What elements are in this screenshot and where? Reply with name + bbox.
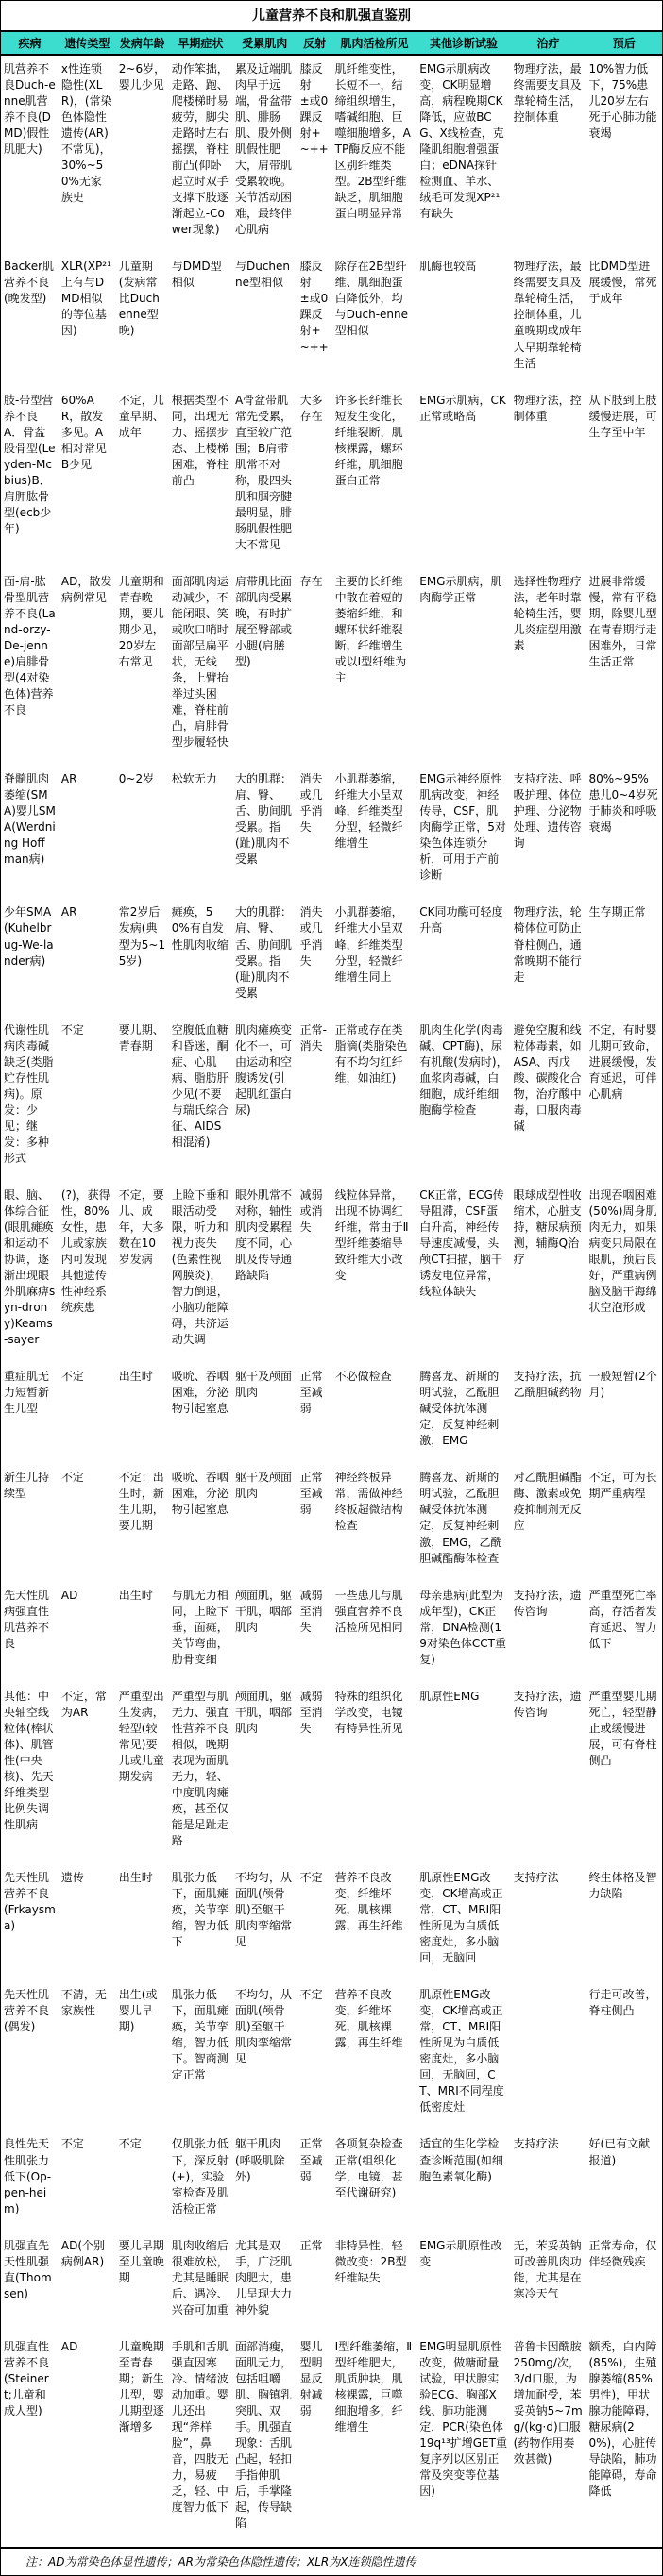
table-row: 少年SMA(Kuhelbrug-We-lander病)AR常2岁后发病(典型为5…	[1, 899, 662, 1016]
cell-reflexes: 正常至减弱	[297, 2130, 332, 2231]
cell-early_symptoms: 严重型与肌无力、强直性营养不良相似，晚期表现为面肌无力，轻、中度肌肉瘫痪，甚至仅…	[169, 1683, 232, 1864]
cell-treatment: 普鲁卡因酰胺250mg/次，3/d口服，为增加耐受，苯妥英钠5~7mg/(kg·…	[511, 2333, 586, 2547]
cell-prognosis: 不定，可为长期严重病程	[586, 1464, 662, 1581]
cell-disease: 肢-带型营养不良A．骨盆股骨型(Leyden-Mcbius)B．肩胛肱骨型(ec…	[1, 387, 59, 568]
cell-biopsy: 特殊的组织化学改变，电镜有特异性所见	[332, 1683, 417, 1864]
cell-reflexes: 减弱或消失	[297, 1182, 332, 1363]
cell-other_tests: EMG示肌病，肌肉酶学正常	[416, 568, 510, 766]
table-row: Backer肌营养不良(晚发型)XLR(XP²¹上有与DMD相似的等位基因)儿童…	[1, 253, 662, 386]
table-row: 肢-带型营养不良A．骨盆股骨型(Leyden-Mcbius)B．肩胛肱骨型(ec…	[1, 387, 662, 568]
table-row: 先天性肌病强直性肌营养不良AD出生时与肌无力相同，上睑下垂，面瘫，关节弯曲，肋骨…	[1, 1582, 662, 1683]
cell-early_symptoms: 面部肌肉运动减少，不能闭眼、笑或吹口哨时面部呈扁平状，无线条，上臂抬举过头困难，…	[169, 568, 232, 766]
cell-reflexes: 消失或几乎消失	[297, 899, 332, 1016]
cell-early_symptoms: 与肌无力相同，上睑下垂，面瘫，关节弯曲，肋骨变细	[169, 1582, 232, 1683]
cell-disease: 肌强直先天性肌强直(Thomsen)	[1, 2232, 59, 2333]
cell-onset_age: 0~2岁	[116, 766, 169, 899]
cell-prognosis: 好(已有文献报道)	[586, 2130, 662, 2231]
cell-disease: 重症肌无力短暂新生儿型	[1, 1363, 59, 1464]
cell-reflexes: 正常-消失	[297, 1017, 332, 1182]
cell-prognosis: 从下肢到上肢缓慢进展，可生存至中年	[586, 387, 662, 568]
table-row: 肌强直先天性肌强直(Thomsen)AD(个别病例AR)要儿早期至儿童晚期肌肉收…	[1, 2232, 662, 2333]
cell-other_tests: 肌原性EMG改变，CK增高或正常，CT、MRI阳性所见为白质低密度灶，多小脑回，…	[416, 1981, 510, 2130]
cell-onset_age: 严重型出生发病，轻型(较常见)要儿或儿童期发病	[116, 1683, 169, 1864]
cell-disease: 少年SMA(Kuhelbrug-We-lander病)	[1, 899, 59, 1016]
cell-prognosis: 严重型婴儿期死亡，轻型静止或缓慢进展，可有脊柱侧凸	[586, 1683, 662, 1864]
cell-treatment: 支持疗法，遗传咨询	[511, 1582, 586, 1683]
table-header-row: 疾病遗传类型发病年龄早期症状受累肌肉反射肌肉活检所见其他诊断试验治疗预后	[1, 32, 662, 55]
cell-treatment: 对乙酰胆碱酯酶、激素或免疫抑制剂无反应	[511, 1464, 586, 1581]
cell-other_tests: 肌原性EMG改变，CK增高或正常，CT、MRI阳性所见为白质低密度灶，多小脑回，…	[416, 1864, 510, 1981]
cell-affected_muscles: 尤其是双手，广泛肌肉肥大，患儿呈现大力神外貌	[232, 2232, 297, 2333]
cell-onset_age: 出生时	[116, 1864, 169, 1981]
cell-disease: 良性先天性肌张力低下(Op-pen-heim)	[1, 2130, 59, 2231]
cell-inheritance: AD，散发病例常见	[59, 568, 116, 766]
cell-treatment: 支持疗法、呼吸护理、体位护理、分泌物处理、遗传咨询	[511, 766, 586, 899]
table-row: 肌营养不良Duch-enne肌营养不良(DMD)假性肌肥大)x性连锁隐性(XLR…	[1, 55, 662, 253]
cell-affected_muscles: 眼外肌常不对称，轴性肌肉受累程度不同，心肌及传导通路缺陷	[232, 1182, 297, 1363]
cell-prognosis: 不定，有时婴儿期可致命，进展缓慢，发育延迟，可伴心肌病	[586, 1017, 662, 1182]
cell-other_tests: EMG示肌病，CK正常或略高	[416, 387, 510, 568]
cell-onset_age: 2~6岁，婴儿少见	[116, 55, 169, 253]
cell-biopsy: 小肌群萎缩，纤维大小呈双峰，纤维类型分型，轻微纤维增生	[332, 766, 417, 899]
cell-other_tests: 肌原性EMG	[416, 1683, 510, 1864]
cell-biopsy: 小肌群萎缩，纤维大小呈双峰，纤维类型分型，轻微纤维增生同上	[332, 899, 417, 1016]
table-row: 先天性肌营养不良(Frkaysma)遗传出生时肌张力低下，面肌瘫痪，关节挛缩，智…	[1, 1864, 662, 1981]
cell-disease: 先天性肌营养不良(Frkaysma)	[1, 1864, 59, 1981]
cell-early_symptoms: 瘫痪，50%有自发性肌肉收缩	[169, 899, 232, 1016]
cell-other_tests: EMG示肌病改变，CK明显增高，病程晚期CK降低，应做BCG、X线检查，克隆肌细…	[416, 55, 510, 253]
cell-inheritance: 60%AR，散发多见。A相对常见B少见	[59, 387, 116, 568]
cell-prognosis: 严重型死亡率高，存活者发育延迟、智力低下	[586, 1582, 662, 1683]
cell-biopsy: 线粒体异常，出现不协调红纤维，常由于Ⅱ型纤维萎缩导致纤维大小改变	[332, 1182, 417, 1363]
cell-inheritance: 不定	[59, 1017, 116, 1182]
cell-inheritance: 不定	[59, 1464, 116, 1581]
cell-onset_age: 儿童期(发病常比Duchenne型晚)	[116, 253, 169, 386]
cell-other_tests: 母亲患病(此型为成年型)，CK正常，DNA检测(19对染色体CCT重复)	[416, 1582, 510, 1683]
cell-onset_age: 常2岁后发病(典型为5~15岁)	[116, 899, 169, 1016]
cell-disease: 新生儿持续型	[1, 1464, 59, 1581]
document-sheet: 儿童营养不良和肌强直鉴别 疾病遗传类型发病年龄早期症状受累肌肉反射肌肉活检所见其…	[0, 0, 663, 2576]
cell-early_symptoms: 上睑下垂和眼活动受限，听力和视力丧失(色素性视网膜炎)，智力倒退，小脑功能障碍，…	[169, 1182, 232, 1363]
cell-affected_muscles: 不均匀，从面肌(颅骨肌)至躯干肌肉挛缩常见	[232, 1981, 297, 2130]
cell-other_tests: EMG示肌原性改变	[416, 2232, 510, 2333]
cell-inheritance: AD	[59, 2333, 116, 2547]
cell-inheritance: 不定，常为AR	[59, 1683, 116, 1864]
cell-biopsy: 正常或存在类脂滴(类脂染色有不均匀红纤维，如油红)	[332, 1017, 417, 1182]
cell-other_tests: 肌肉生化学(肉毒碱、CPT酶)，尿有机酸(发病时)，血浆肉毒碱，白细胞，成纤维细…	[416, 1017, 510, 1182]
table-row: 肌强直性营养不良(Steinert;儿童和成人型)AD儿童晚期至青春期；新生儿型…	[1, 2333, 662, 2547]
cell-inheritance: 不定	[59, 2130, 116, 2231]
cell-affected_muscles: 躯干肌肉(呼吸肌除外)	[232, 2130, 297, 2231]
table-row: 先天性肌营养不良(偶发)不清，无家族性出生(或婴儿早期)肌张力低下，面肌瘫痪，关…	[1, 1981, 662, 2130]
cell-biopsy: 不必做检查	[332, 1363, 417, 1464]
cell-biopsy: 肌纤维变性，长短不一，结缔组织增生，嗜碱细胞、巨噬细胞增多，ATP酶反应不能区别…	[332, 55, 417, 253]
cell-onset_age: 不定，儿童早期、成年	[116, 387, 169, 568]
column-header-prognosis: 预后	[586, 32, 662, 55]
cell-biopsy: 许多长纤维长短发生变化，纤维裂断，肌核裸露，螺环纤维，肌细胞蛋白正常	[332, 387, 417, 568]
cell-prognosis: 额秃，白内障(85%)，生殖腺萎缩(85%男性)，甲状腺功能障碍，糖尿病(20%…	[586, 2333, 662, 2547]
cell-treatment: 支持疗法，抗乙酰胆碱药物	[511, 1363, 586, 1464]
column-header-early_symptoms: 早期症状	[169, 32, 232, 55]
page-title: 儿童营养不良和肌强直鉴别	[1, 1, 662, 32]
cell-reflexes: 存在	[297, 568, 332, 766]
cell-treatment: 物理疗法，最终需要支具及靠轮椅生活，控制体重，儿童晚期或成年人早期靠轮椅生活	[511, 253, 586, 386]
cell-other_tests: CK同功酶可轻度升高	[416, 899, 510, 1016]
table-row: 脊髓肌肉萎缩(SMA)婴儿SMA(Werdning Hoffman病)AR0~2…	[1, 766, 662, 899]
column-header-inheritance: 遗传类型	[59, 32, 116, 55]
cell-affected_muscles: 大的肌群：肩、臀、舌、肋间肌受累。指(趾)肌肉不受累	[232, 766, 297, 899]
cell-reflexes: 婴儿型明显反射减弱	[297, 2333, 332, 2547]
cell-affected_muscles: 大的肌群：肩、臀、舌、肋间肌受累。指(耻)肌肉不受累	[232, 899, 297, 1016]
cell-other_tests: EMG明显肌原性改变，做糖耐量试验，甲状腺实验ECG、胸部X线、肺功能测定，PC…	[416, 2333, 510, 2547]
cell-onset_age: 不定：出生时，新生儿期，要儿期	[116, 1464, 169, 1581]
cell-other_tests: 腾喜龙、新斯的明试验，乙酰胆碱受体抗体测定，反复神经刺激，EMG	[416, 1363, 510, 1464]
cell-early_symptoms: 肌张力低下，面肌瘫痪，关节挛缩，智力低下	[169, 1864, 232, 1981]
table-row: 代谢性肌病肉毒碱缺乏(类脂贮存性肌病)。原发：少见；继发：多种形式不定要儿期、青…	[1, 1017, 662, 1182]
column-header-disease: 疾病	[1, 32, 59, 55]
cell-biopsy: 非特异性，轻微改变：2B型纤维缺失	[332, 2232, 417, 2333]
cell-early_symptoms: 与DMD型相似	[169, 253, 232, 386]
cell-onset_age: 出生时	[116, 1582, 169, 1683]
cell-reflexes: 膝反射±或0踝反射+~++	[297, 55, 332, 253]
cell-early_symptoms: 空腹低血糖和昏迷，酮症、心肌病、脂肪肝少见(不要与瑞氏综合征、AIDS相混淆)	[169, 1017, 232, 1182]
cell-prognosis: 比DMD型进展缓慢，常死于成年	[586, 253, 662, 386]
cell-early_symptoms: 肌肉收缩后很难放松，尤其是睡眠后、遇冷、兴奋可加重	[169, 2232, 232, 2333]
cell-disease: 代谢性肌病肉毒碱缺乏(类脂贮存性肌病)。原发：少见；继发：多种形式	[1, 1017, 59, 1182]
cell-prognosis: 正常寿命，仅伴轻微残疾	[586, 2232, 662, 2333]
diagnosis-table: 疾病遗传类型发病年龄早期症状受累肌肉反射肌肉活检所见其他诊断试验治疗预后 肌营养…	[1, 32, 662, 2547]
cell-other_tests: CK正常，ECG传导阻滞，CSF蛋白升高，神经传导速度减慢，头颅CT扫描，脑干诱…	[416, 1182, 510, 1363]
cell-onset_age: 要儿期、青春期	[116, 1017, 169, 1182]
cell-disease: 脊髓肌肉萎缩(SMA)婴儿SMA(Werdning Hoffman病)	[1, 766, 59, 899]
table-row: 其他：中央轴空线粒体(棒状体)、肌管性(中央核)、先天纤维类型比例失调性肌病不定…	[1, 1683, 662, 1864]
cell-inheritance: 不定	[59, 1363, 116, 1464]
cell-affected_muscles: 肌肉瘫痪变化不一，可由运动和空腹诱发(引起肌红蛋白尿)	[232, 1017, 297, 1182]
cell-inheritance: AR	[59, 899, 116, 1016]
cell-biopsy: 除存在2B型纤维、肌细胞蛋白降低外，均与Duch-enne型相似	[332, 253, 417, 386]
table-row: 新生儿持续型不定不定：出生时，新生儿期，要儿期吸吮、吞咽困难，分泌物引起窒息躯干…	[1, 1464, 662, 1581]
column-header-other_tests: 其他诊断试验	[416, 32, 510, 55]
cell-onset_age: 儿童晚期至青春期；新生儿型，婴儿期型逐渐增多	[116, 2333, 169, 2547]
cell-disease: 眼、脑、体综合征(眼肌瘫痪和运动不协调，逐渐出现眼外肌麻痹syn-drony)K…	[1, 1182, 59, 1363]
cell-onset_age: 不定，要儿、成年，大多数在10岁发病	[116, 1182, 169, 1363]
cell-biopsy: 一些患儿与肌强直营养不良活检所见相同	[332, 1582, 417, 1683]
cell-inheritance: 遗传	[59, 1864, 116, 1981]
cell-early_symptoms: 手肌和舌肌强直因寒冷、情绪波动加重。婴儿还出现“斧样脸”，鼻音，四肢无力，易疲乏…	[169, 2333, 232, 2547]
cell-inheritance: AD	[59, 1582, 116, 1683]
cell-biopsy: 营养不良改变，纤维坏死，肌核裸露，再生纤维	[332, 1864, 417, 1981]
cell-affected_muscles: 不均匀，从面肌(颅骨肌)至躯干肌肉挛缩常见	[232, 1864, 297, 1981]
cell-early_symptoms: 根据类型不同，出现无力、摇摆步态、上楼梯困难，脊柱前凸	[169, 387, 232, 568]
cell-onset_age: 出生(或婴儿早期)	[116, 1981, 169, 2130]
cell-reflexes: 减弱至消失	[297, 1683, 332, 1864]
cell-treatment: 选择性物理疗法，老年时靠轮椅生活，婴儿炎症型用激素	[511, 568, 586, 766]
cell-biopsy: 各项复杂检查正常(组织化学，电镜，甚至代谢研究)	[332, 2130, 417, 2231]
cell-other_tests: 肌酶也较高	[416, 253, 510, 386]
table-body: 肌营养不良Duch-enne肌营养不良(DMD)假性肌肥大)x性连锁隐性(XLR…	[1, 55, 662, 2547]
cell-biopsy: Ⅰ型纤维萎缩，Ⅱ型纤维肥大，肌质肿块，肌核裸露，巨噬细胞增多，纤维增生	[332, 2333, 417, 2547]
cell-other_tests: 适宜的生化学检查诊断范围(如细胞色素氧化酶)	[416, 2130, 510, 2231]
cell-affected_muscles: 躯干及颅面肌肉	[232, 1363, 297, 1464]
cell-prognosis: 出现吞咽困难(50%)周身肌肉无力，如果病变只局限在眼肌，预后良好，严重病例脑及…	[586, 1182, 662, 1363]
cell-affected_muscles: 颅面肌，躯干肌，咽部肌肉	[232, 1683, 297, 1864]
cell-treatment: 无，苯妥英钠可改善肌肉功能，尤其是在寒冷天气	[511, 2232, 586, 2333]
column-header-affected_muscles: 受累肌肉	[232, 32, 297, 55]
cell-prognosis: 10%智力低下，75%患儿20岁左右死于心肺功能衰竭	[586, 55, 662, 253]
cell-treatment: 支持疗法，遗传咨询	[511, 1683, 586, 1864]
cell-affected_muscles: 累及近端肌肉早于远端，骨盆带肌、腓肠肌、股外侧肌假性肥大，肩带肌受累较晚。关节活…	[232, 55, 297, 253]
table-row: 重症肌无力短暂新生儿型不定出生时吸吮、吞咽困难，分泌物引起窒息躯干及颅面肌肉正常…	[1, 1363, 662, 1464]
cell-inheritance: AR	[59, 766, 116, 899]
cell-affected_muscles: 躯干及颅面肌肉	[232, 1464, 297, 1581]
cell-onset_age: 不定	[116, 2130, 169, 2231]
cell-early_symptoms: 动作笨拙，走路、跑、爬楼梯时易疲劳，脚尖走路时左右摇摆，脊柱前凸(仰卧起立时双手…	[169, 55, 232, 253]
cell-reflexes: 正常	[297, 2232, 332, 2333]
cell-reflexes: 膝反射±或0踝反射+~++	[297, 253, 332, 386]
cell-other_tests: EMG示神经原性肌病改变，神经传导，CSF，肌肉酶学正常，5对染色体连锁分析，可…	[416, 766, 510, 899]
column-header-biopsy: 肌肉活检所见	[332, 32, 417, 55]
cell-biopsy: 神经终板异常，需做神经终板超微结构检查	[332, 1464, 417, 1581]
cell-reflexes: 大多存在	[297, 387, 332, 568]
cell-affected_muscles: A骨盆带肌常先受累，直至较广范围；B肩带肌常不对称，股四头肌和腘旁腱最明显，腓肠…	[232, 387, 297, 568]
cell-prognosis: 行走可改善，脊柱侧凸	[586, 1981, 662, 2130]
cell-reflexes: 不定	[297, 1981, 332, 2130]
table-row: 良性先天性肌张力低下(Op-pen-heim)不定不定仅肌张力低下，深反射(+)…	[1, 2130, 662, 2231]
cell-biopsy: 主要的长纤维中散在着短的萎缩纤维，和螺环状纤维裂断，纤维增生或以Ⅰ型纤维为主	[332, 568, 417, 766]
cell-disease: Backer肌营养不良(晚发型)	[1, 253, 59, 386]
cell-treatment: 物理疗法，控制体重	[511, 387, 586, 568]
cell-biopsy: 营养不良改变，纤维坏死，肌核裸露，再生纤维	[332, 1981, 417, 2130]
cell-prognosis: 生存期正常	[586, 899, 662, 1016]
cell-affected_muscles: 面部消瘦，面肌无力，包括咀嚼肌、胸镇乳突肌、双手。肌强直现象：舌肌凸起，轻扣手指…	[232, 2333, 297, 2547]
cell-early_symptoms: 肌张力低下，面肌瘫痪，关节挛缩，智力低下。智商测定正常	[169, 1981, 232, 2130]
cell-disease: 其他：中央轴空线粒体(棒状体)、肌管性(中央核)、先天纤维类型比例失调性肌病	[1, 1683, 59, 1864]
cell-reflexes: 正常至减弱	[297, 1464, 332, 1581]
cell-onset_age: 儿童期和青春晚期，要儿期少见，20岁左右常见	[116, 568, 169, 766]
table-row: 眼、脑、体综合征(眼肌瘫痪和运动不协调，逐渐出现眼外肌麻痹syn-drony)K…	[1, 1182, 662, 1363]
cell-prognosis: 终生体格及智力缺陷	[586, 1864, 662, 1981]
cell-reflexes: 消失或几乎消失	[297, 766, 332, 899]
cell-early_symptoms: 仅肌张力低下，深反射(+)，实验室检查及肌活检正常	[169, 2130, 232, 2231]
column-header-treatment: 治疗	[511, 32, 586, 55]
cell-reflexes: 正常至减弱	[297, 1363, 332, 1464]
cell-disease: 肌营养不良Duch-enne肌营养不良(DMD)假性肌肥大)	[1, 55, 59, 253]
cell-inheritance: x性连锁隐性(XLR)，(常染色体隐性遗传(AR)不常见)，30%~50%无家族…	[59, 55, 116, 253]
cell-disease: 肌强直性营养不良(Steinert;儿童和成人型)	[1, 2333, 59, 2547]
cell-prognosis: 80%~95%患儿0~4岁死于肺炎和呼吸衰竭	[586, 766, 662, 899]
cell-other_tests: 腾喜龙、新斯的明试验，乙酰胆碱受体抗体测定，反复神经刺激，EMG，乙酰胆碱酯酶体…	[416, 1464, 510, 1581]
cell-disease: 面-肩-肱骨型肌营养不良(Land-orzy-De-jenne)肩腓骨型(4对染…	[1, 568, 59, 766]
cell-disease: 先天性肌营养不良(偶发)	[1, 1981, 59, 2130]
cell-reflexes: 不定	[297, 1864, 332, 1981]
cell-prognosis: 一般短暂(2个月)	[586, 1363, 662, 1464]
cell-prognosis: 进展非常缓慢，常有平稳期，除婴儿型在青春期行走困难外，日常生活正常	[586, 568, 662, 766]
cell-onset_age: 要儿早期至儿童晚期	[116, 2232, 169, 2333]
cell-inheritance: (?)，获得性，80%女性，患儿或家族内可发现其他遗传性神经系统疾患	[59, 1182, 116, 1363]
cell-treatment: 支持疗法	[511, 1864, 586, 1981]
cell-early_symptoms: 吸吮、吞咽困难，分泌物引起窒息	[169, 1464, 232, 1581]
footnote: 注：AD为常染色体显性遗传；AR为常染色体隐性遗传；XLR为X连锁隐性遗传	[1, 2547, 662, 2575]
cell-affected_muscles: 与Duchenne型相似	[232, 253, 297, 386]
cell-affected_muscles: 肩带肌比面部肌肉受累晚，有时扩展至臀部或小腿(肩膳型)	[232, 568, 297, 766]
cell-onset_age: 出生时	[116, 1363, 169, 1464]
column-header-reflexes: 反射	[297, 32, 332, 55]
cell-treatment: 物理疗法，最终需要支具及靠轮椅生活，控制体重	[511, 55, 586, 253]
cell-reflexes: 减弱至消失	[297, 1582, 332, 1683]
cell-treatment	[511, 1981, 586, 2130]
cell-disease: 先天性肌病强直性肌营养不良	[1, 1582, 59, 1683]
column-header-onset_age: 发病年龄	[116, 32, 169, 55]
cell-early_symptoms: 松软无力	[169, 766, 232, 899]
cell-inheritance: XLR(XP²¹上有与DMD相似的等位基因)	[59, 253, 116, 386]
cell-early_symptoms: 吸吮、吞咽困难，分泌物引起窒息	[169, 1363, 232, 1464]
table-row: 面-肩-肱骨型肌营养不良(Land-orzy-De-jenne)肩腓骨型(4对染…	[1, 568, 662, 766]
cell-treatment: 眼球成型性收缩术，心脏支持，糖尿病预测，辅酶Q治疗	[511, 1182, 586, 1363]
cell-affected_muscles: 颅面肌，躯干肌，咽部肌肉	[232, 1582, 297, 1683]
cell-treatment: 避免空腹和线粒体毒素，如ASA、丙戊酸、碳酸化合物，治疗酸中毒，口服肉毒碱	[511, 1017, 586, 1182]
cell-treatment: 支持疗法	[511, 2130, 586, 2231]
cell-inheritance: AD(个别病例AR)	[59, 2232, 116, 2333]
cell-inheritance: 不清，无家族性	[59, 1981, 116, 2130]
cell-treatment: 物理疗法，轮椅体位可防止脊柱侧凸，通常晚期不能行走	[511, 899, 586, 1016]
